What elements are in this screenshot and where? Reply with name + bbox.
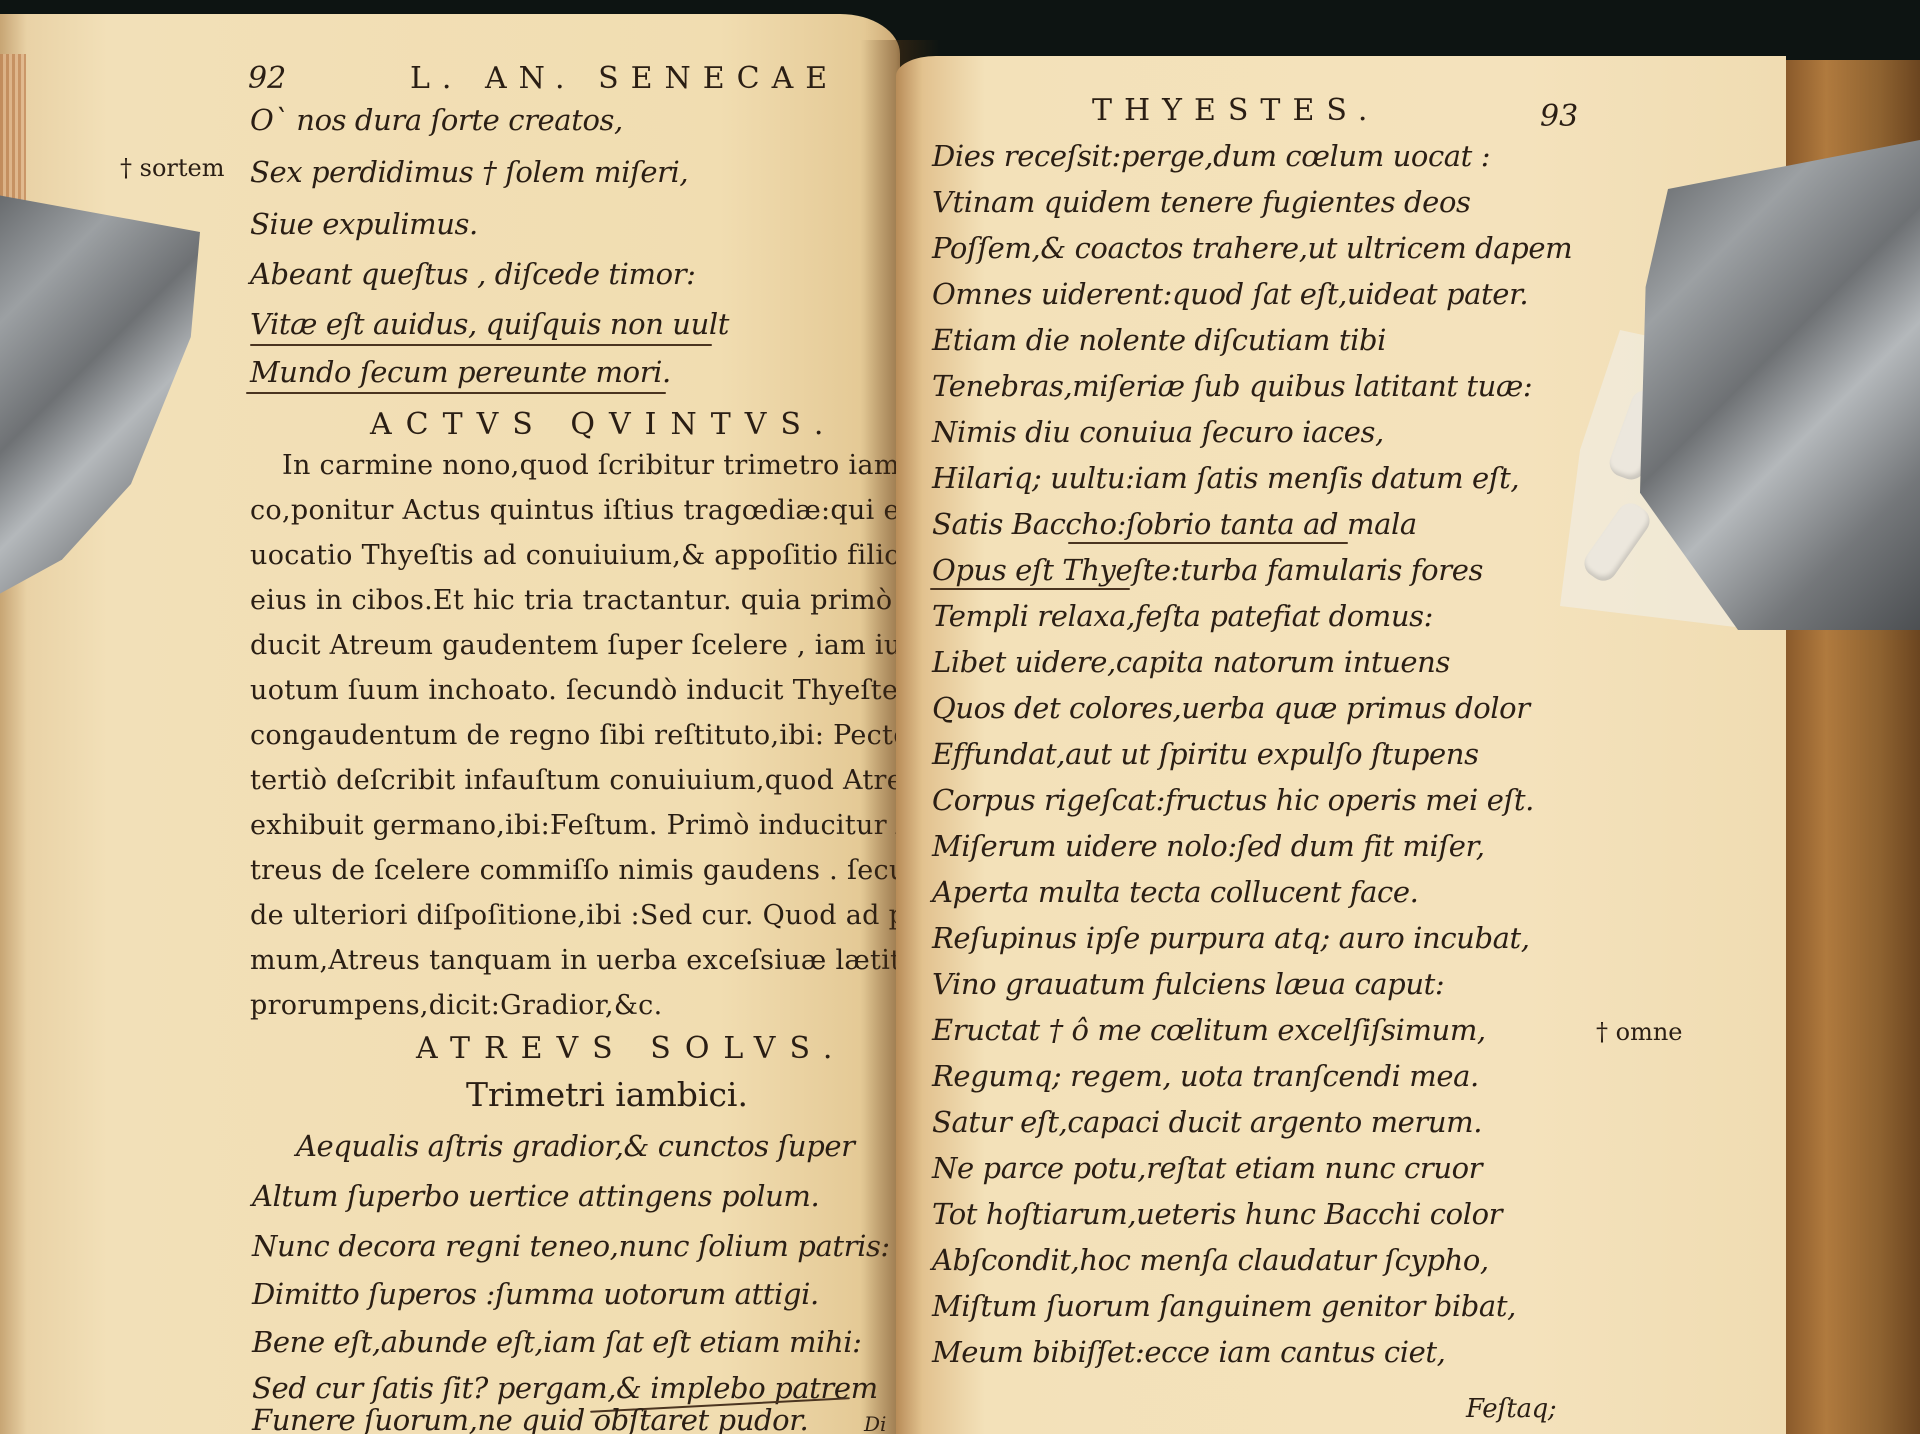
verse-line: Sex perdidimus † ſolem miſeri, [250, 158, 688, 187]
pellet [1579, 498, 1655, 586]
verse-line: Eructat † ô me cœlitum excelſiſsimum, [932, 1016, 1486, 1045]
verse-line: Mundo ſecum pereunte mori. [250, 358, 671, 387]
commentary-line: uocatio Thyeſtis ad conuiuium,& appoſiti… [250, 542, 900, 569]
commentary-line: ducit Atreum gaudentem ſuper ſcelere , i… [250, 632, 900, 659]
commentary-line: de ulteriori diſpoſitione,ibi :Sed cur. … [250, 902, 900, 929]
verse-line: Opus eſt Thyeſte:turba famularis fores [932, 556, 1483, 585]
verse-line: Abſcondit,hoc menſa claudatur ſcypho, [932, 1246, 1489, 1275]
speaker-heading: ATREVS SOLVS. [416, 1034, 846, 1064]
verse-line: Dies receſsit:perge,dum cœlum uocat : [932, 142, 1490, 171]
verse-line: Sed cur ſatis ſit? pergam,& implebo patr… [252, 1374, 878, 1403]
meter-heading: Trimetri iambici. [466, 1078, 748, 1111]
catchword-right: Feſtaq; [1466, 1396, 1556, 1422]
verse-line: Abeant queſtus , diſcede timor: [250, 260, 696, 289]
verse-line: Dimitto ſuperos :ſumma uotorum attigi. [252, 1280, 819, 1309]
verse-line: Nimis diu conuiua ſecuro iaces, [932, 418, 1384, 447]
verse-line: Reſupinus ipſe purpura atq; auro incubat… [932, 924, 1530, 953]
verse-line: Vitæ eſt auidus, quiſquis non uult [250, 310, 729, 339]
verse-line: Effundat,aut ut ſpiritu expulſo ſtupens [932, 740, 1479, 769]
verse-line: Omnes uiderent:quod ſat eſt,uideat pater… [932, 280, 1528, 309]
commentary-line: exhibuit germano,ibi:Feſtum. Primò induc… [250, 812, 900, 839]
verse-line: Aequalis aſtris gradior,& cunctos ſuper [296, 1132, 855, 1161]
running-head-left: L. AN. SENECAE [410, 64, 839, 94]
verse-line: Siue expulimus. [250, 210, 478, 239]
folio-left: 92 [248, 64, 286, 94]
verse-line: Miſtum ſuorum ſanguinem genitor bibat, [932, 1292, 1516, 1321]
verse-line: Vtinam quidem tenere fugientes deos [932, 188, 1471, 217]
commentary-line: co,ponitur Actus quintus iſtius tragœdiæ… [250, 497, 900, 524]
verse-line: Poſſem,& coactos trahere,ut ultricem dap… [932, 234, 1572, 263]
verse-line: Bene eſt,abunde eſt,iam ſat eſt etiam mi… [252, 1328, 862, 1357]
verse-line: Miſerum uidere nolo:ſed dum fit miſer, [932, 832, 1485, 861]
verse-line: Nunc decora regni teneo,nunc ſolium patr… [252, 1232, 890, 1261]
verse-line: Aperta multa tecta collucent face. [932, 878, 1418, 907]
commentary-line: In carmine nono,quod ſcribitur trimetro … [282, 452, 900, 479]
commentary-line: eius in cibos.Et hic tria tractantur. qu… [250, 587, 900, 614]
verse-line: Tot hoſtiarum,ueteris hunc Bacchi color [932, 1200, 1502, 1229]
verse-line: Satur eſt,capaci ducit argento merum. [932, 1108, 1482, 1137]
commentary-line: tertiò deſcribit infauſtum conuiuium,quo… [250, 767, 900, 794]
ink-underline [250, 344, 712, 346]
commentary-line: congaudentum de regno ſibi reſtituto,ibi… [250, 722, 900, 749]
commentary-line: mum,Atreus tanquam in uerba exceſsiuæ læ… [250, 947, 900, 974]
verse-line: Meum bibiſſet:ecce iam cantus ciet, [932, 1338, 1445, 1367]
verse-line: Altum ſuperbo uertice attingens polum. [252, 1182, 819, 1211]
verse-line: Corpus rigeſcat:fructus hic operis mei e… [932, 786, 1534, 815]
margin-note-left: † sortem [120, 156, 224, 180]
verse-line: Templi relaxa,feſta patefiat domus: [932, 602, 1433, 631]
verse-line: Funere ſuorum,ne quid obſtaret pudor. [252, 1406, 808, 1434]
verse-line: Hilariq; uultu:iam ſatis menſis datum eſ… [932, 464, 1519, 493]
running-head-right: THYESTES. [1092, 96, 1379, 126]
margin-note-right: † omne [1596, 1020, 1683, 1044]
verse-line: Etiam die nolente diſcutiam tibi [932, 326, 1386, 355]
open-book: 92 L. AN. SENECAE † sortem O` nos dura ſ… [0, 0, 1920, 1434]
act-heading: ACTVS QVINTVS. [370, 410, 837, 440]
verse-line: Satis Baccho:ſobrio tanta ad mala [932, 510, 1417, 539]
ink-underline [930, 588, 1130, 590]
verse-line: Regumq; regem, uota tranſcendi mea. [932, 1062, 1479, 1091]
verse-line: Ne parce potu,reſtat etiam nunc cruor [932, 1154, 1482, 1183]
commentary-line: treus de ſcelere commiſſo nimis gaudens … [250, 857, 900, 884]
verse-line: Libet uidere,capita natorum intuens [932, 648, 1450, 677]
ink-underline [246, 392, 666, 394]
verse-line: O` nos dura ſorte creatos, [250, 106, 623, 135]
commentary-line: prorumpens,dicit:Gradior,&c. [250, 992, 662, 1019]
verse-line: Tenebras,miſeriæ ſub quibus latitant tuæ… [932, 372, 1532, 401]
verse-line: Quos det colores,uerba quæ primus dolor [932, 694, 1530, 723]
folio-right: 93 [1540, 102, 1578, 132]
verse-line: Vino grauatum fulciens læua caput: [932, 970, 1444, 999]
ink-underline [1068, 542, 1348, 544]
commentary-line: uotum ſuum inchoato. ſecundò inducit Thy… [250, 677, 900, 704]
